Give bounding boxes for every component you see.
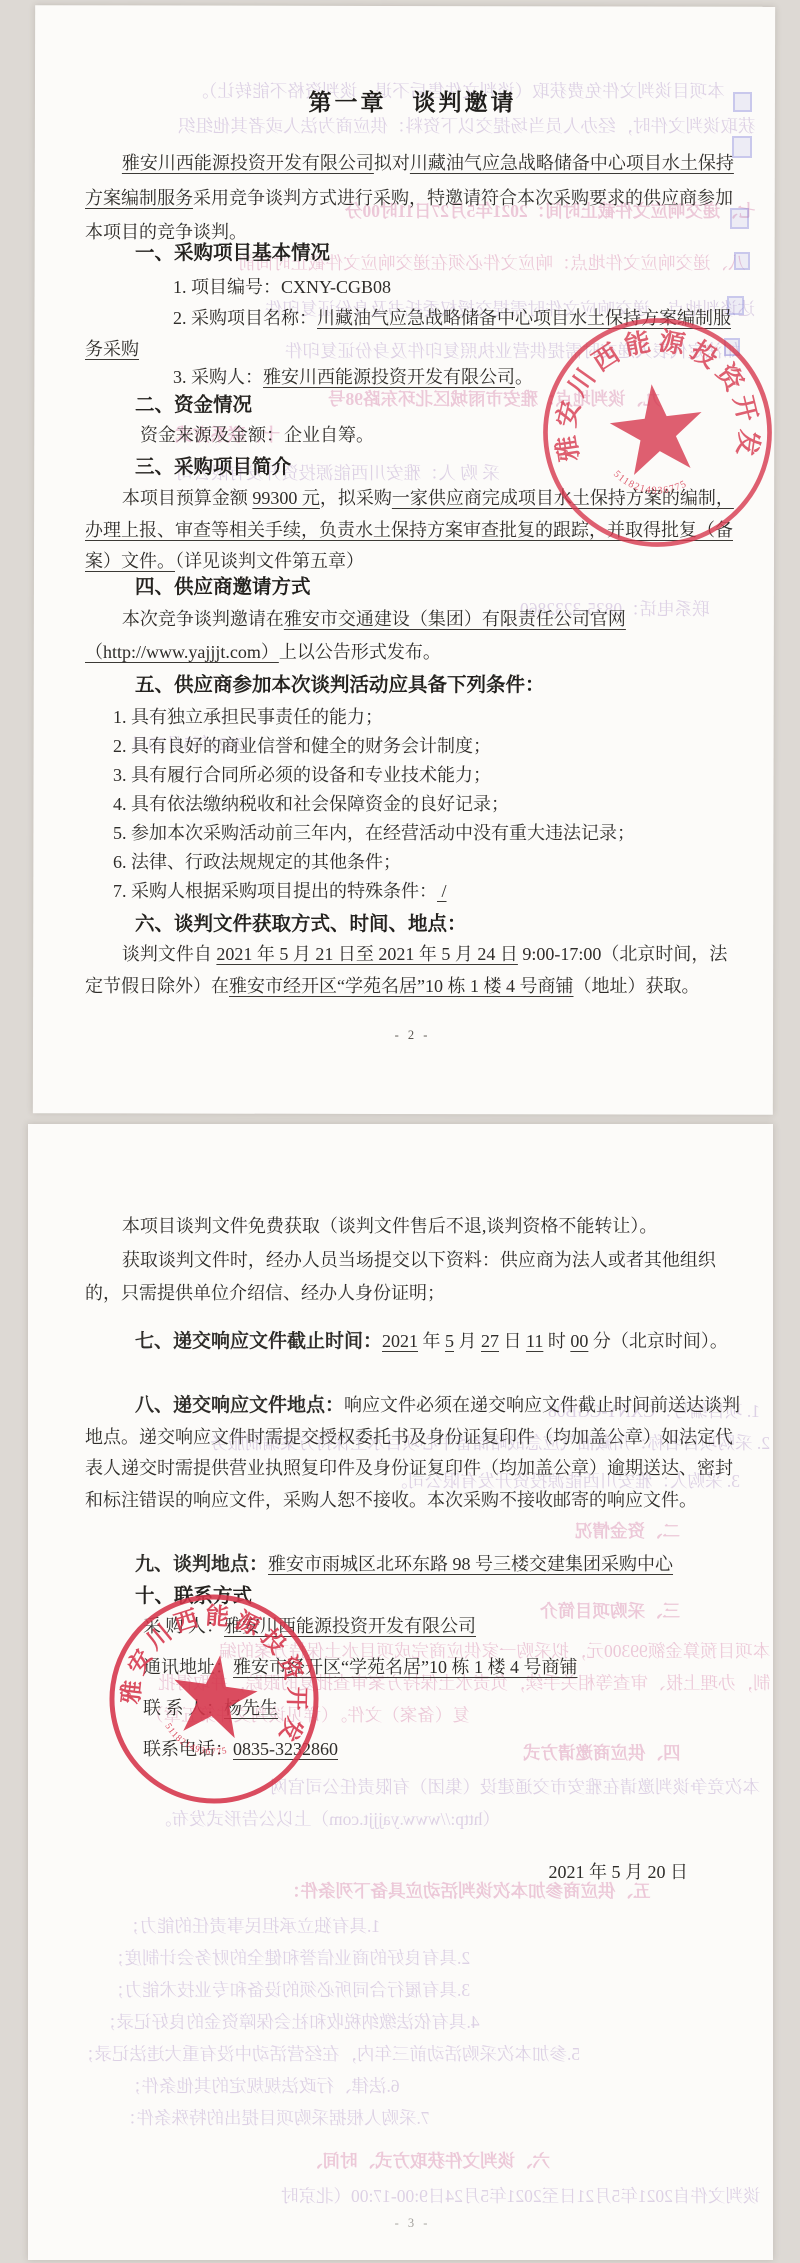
section-4-heading: 四、供应商邀请方式 (85, 571, 790, 604)
document-date: 2021 年 5 月 20 日 (85, 1856, 740, 1889)
condition-item: 1. 具有独立承担民事责任的能力； (113, 703, 740, 732)
svg-text:5118214936775: 5118214936775 (159, 1721, 232, 1760)
bleedthrough-text: 四、供应商邀请方式 (523, 1742, 681, 1764)
bleedthrough-text: 4.具有依法缴纳税收和社会保障资金的良好记录； (99, 2011, 480, 2033)
condition-item: 6. 法律、行政法规规定的其他条件； (113, 848, 740, 877)
supplier-conditions-list: 1. 具有独立承担民事责任的能力； 2. 具有良好的商业信誉和健全的财务会计制度… (85, 703, 740, 906)
seal-star-icon (606, 379, 708, 477)
bleedthrough-text: 本次竞争谈判邀请在雅安市交通建设（集团）有限责任公司官网 (270, 1776, 760, 1798)
condition-item: 3. 具有履行合同所必须的设备和专业技术能力； (113, 761, 740, 790)
bleedthrough-text: 谈判文件自2021年5月21日至2021年5月24日9:00-17:00（北京时 (281, 2185, 760, 2207)
project-number-line: 1. 项目编号：CXNY-CGB08 (85, 271, 740, 304)
bleedthrough-text: （http://www.yajjjt.com）上以公告形式发布。 (154, 1808, 500, 1830)
bleedthrough-text: 六、谈判文件获取方式、时间、 (305, 2150, 550, 2172)
svg-text:雅安川西能源投资开发有限公司: 雅安川西能源投资开发有限公司 (93, 1578, 328, 1751)
section-9-negotiation-place: 九、谈判地点：雅安市雨城区北环东路 98 号三楼交建集团采购中心 (85, 1548, 790, 1581)
section-5-heading: 五、供应商参加本次谈判活动应具备下列条件： (85, 669, 790, 702)
company-seal-stamp: 雅安川西能源投资开发有限公司 5118214936775 (527, 302, 789, 564)
scanned-procurement-document: { "page1": { "title": "第一章 谈判邀请", "intro… (0, 0, 800, 2263)
page-number-3: - 3 - (85, 2216, 740, 2231)
page-number-2: - 2 - (85, 1028, 740, 1043)
seal-serial-number: 5118214936775 (610, 460, 689, 502)
condition-item: 4. 具有依法缴纳税收和社会保障资金的良好记录； (113, 790, 740, 819)
intro-paragraph: 雅安川西能源投资开发有限公司拟对川藏油气应急战略储备中心项目水土保持方案编制服务… (85, 146, 740, 250)
seal-serial-number: 5118214936775 (159, 1721, 232, 1760)
pickup-materials-paragraph: 获取谈判文件时，经办人员当场提交以下资料：供应商为法人或者其他组织的，只需提供单… (85, 1244, 740, 1310)
svg-text:雅安川西能源投资开发有限公司: 雅安川西能源投资开发有限公司 (527, 302, 769, 492)
document-pickup-paragraph: 谈判文件自 2021 年 5 月 21 日至 2021 年 5 月 24 日 9… (85, 938, 740, 1002)
bleedthrough-text: 2.具有良好的商业信誉和健全的财务会计制度； (107, 1947, 470, 1969)
svg-text:5118214936775: 5118214936775 (610, 460, 689, 502)
company-seal-stamp: 雅安川西能源投资开发有限公司 5118214936775 (93, 1578, 335, 1820)
bleedthrough-text: 6.法律、行政法规规定的其他条件； (124, 2075, 400, 2097)
bleedthrough-text: 3.具有履行合同所必须的设备和专业技术能力； (107, 1979, 470, 2001)
condition-item: 5. 参加本次采购活动前三年内，在经营活动中没有重大违法记录； (113, 819, 740, 848)
bleedthrough-text: 5.参加本次采购活动前三年内，在经营活动中没有重大违法记录； (77, 2043, 580, 2065)
seal-company-name: 雅安川西能源投资开发有限公司 (93, 1578, 328, 1751)
seal-company-name: 雅安川西能源投资开发有限公司 (527, 302, 769, 492)
condition-item: 7. 采购人根据采购项目提出的特殊条件： / (113, 877, 740, 906)
section-8-submission-place: 八、递交响应文件地点：响应文件必须在递交响应文件截止时间前送达谈判地点。递交响应… (85, 1390, 740, 1516)
chapter-title: 第一章 谈判邀请 (85, 86, 740, 119)
section-1-heading: 一、采购项目基本情况 (85, 237, 790, 270)
bleedthrough-text: 二、资金情况 (575, 1520, 680, 1542)
invitation-method-paragraph: 本次竞争谈判邀请在雅安市交通建设（集团）有限责任公司官网（http://www.… (85, 603, 740, 669)
condition-item: 2. 具有良好的商业信誉和健全的财务会计制度； (113, 732, 740, 761)
free-document-paragraph: 本项目谈判文件免费获取（谈判文件售后不退,谈判资格不能转让）。 (85, 1210, 740, 1243)
section-7-deadline: 七、递交响应文件截止时间：2021 年 5 月 27 日 11 时 00 分（北… (85, 1324, 740, 1359)
seal-star-icon (167, 1649, 261, 1740)
bleedthrough-text: 1.具有独立承担民事责任的能力； (122, 1915, 380, 1937)
section-6-heading: 六、谈判文件获取方式、时间、地点： (85, 908, 790, 941)
bleedthrough-text: 7.采购人根据采购项目提出的特殊条件： (119, 2107, 430, 2129)
